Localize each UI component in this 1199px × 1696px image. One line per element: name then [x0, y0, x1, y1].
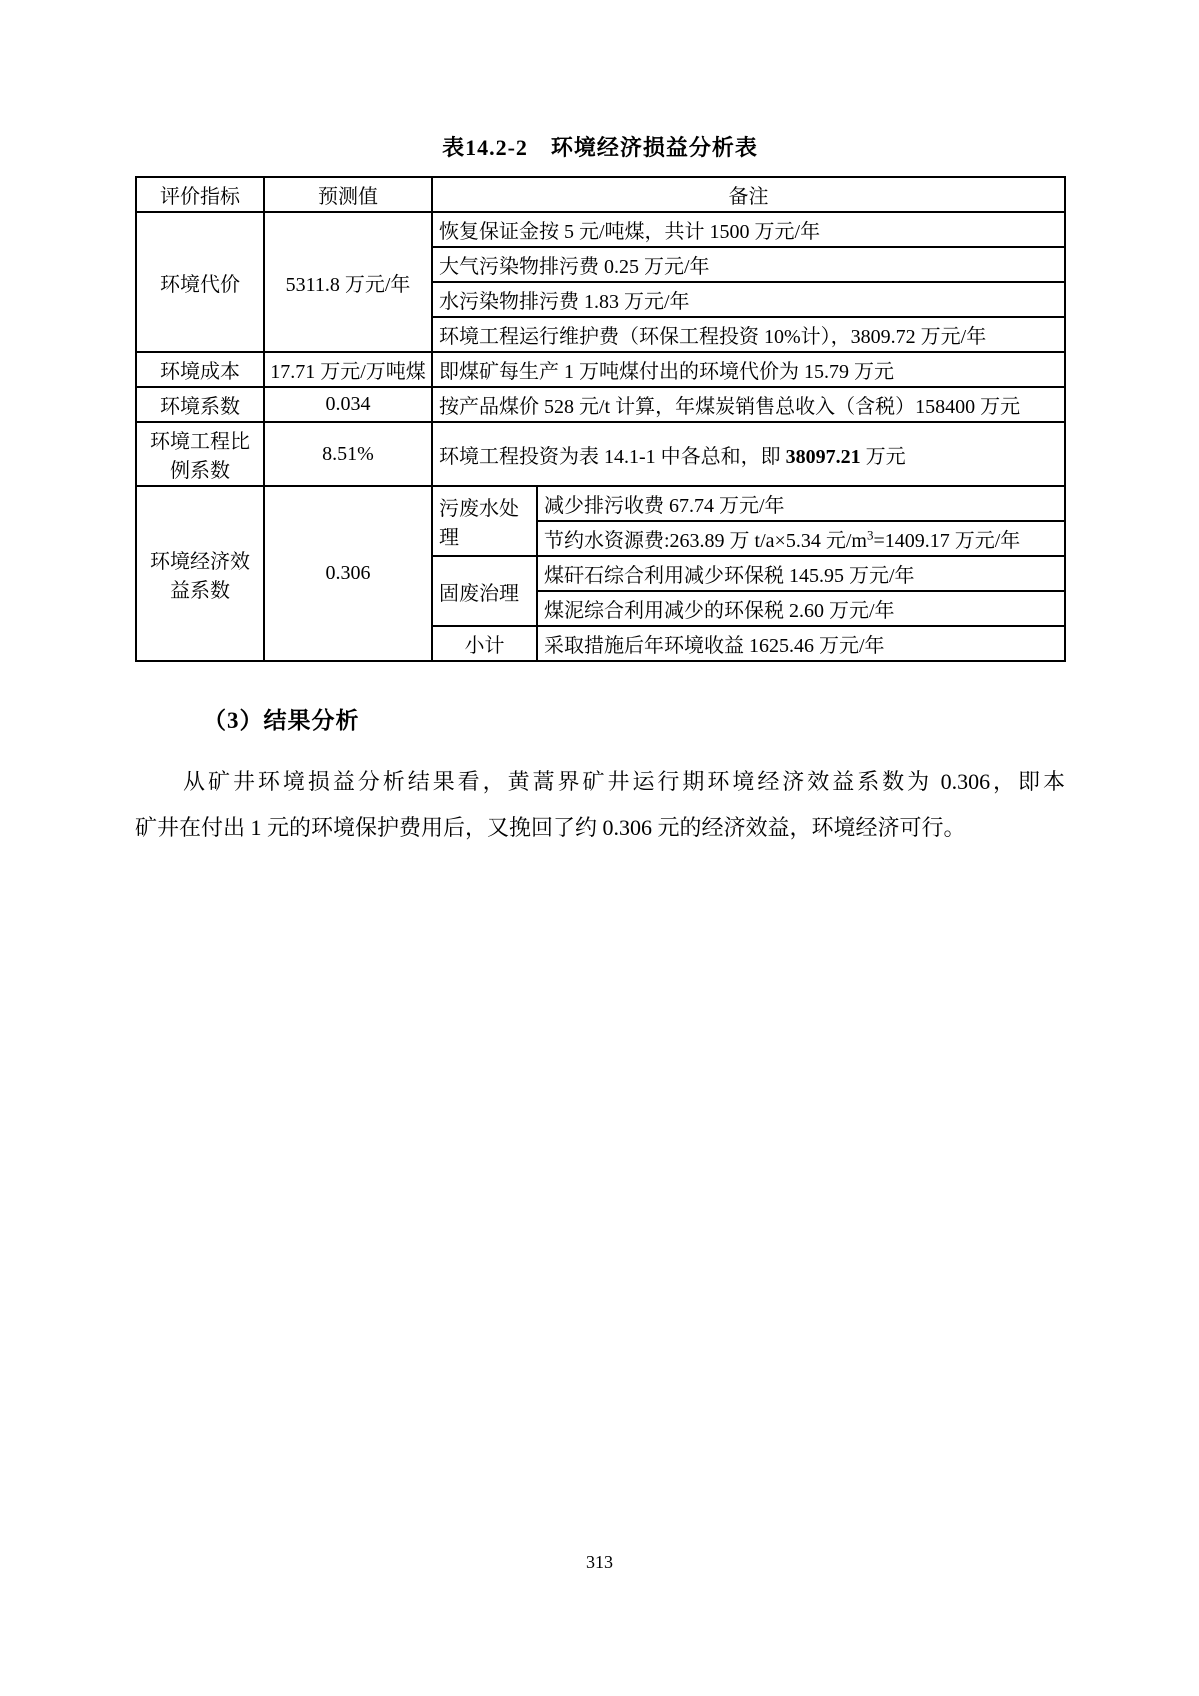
cell-env-project-ratio-indicator: 环境工程比例系数 [136, 422, 264, 486]
cell-env-coefficient-value: 0.034 [264, 387, 432, 422]
remark-text: 环境工程投资为表 14.1-1 中各总和，即 [439, 446, 786, 468]
table-row: 环境系数 0.034 按产品煤价 528 元/t 计算，年煤炭销售总收入（含税）… [136, 387, 1065, 422]
header-predicted-value: 预测值 [264, 177, 432, 212]
cell-solid-waste-remark-1: 煤矸石综合利用减少环保税 145.95 万元/年 [537, 556, 1065, 591]
doc-page: 表14.2-2 环境经济损益分析表 评价指标 预测值 备注 环境代价 5311.… [0, 0, 1199, 1696]
cell-env-coefficient-remark: 按产品煤价 528 元/t 计算，年煤炭销售总收入（含税）158400 万元 [432, 387, 1065, 422]
cell-subtotal-label: 小计 [432, 626, 537, 661]
table-title: 表14.2-2 环境经济损益分析表 [135, 131, 1065, 162]
header-remark: 备注 [432, 177, 1065, 212]
remark-text: =1409.17 万元/年 [873, 530, 1020, 552]
table-row: 环境成本 17.71 万元/万吨煤 即煤矿每生产 1 万吨煤付出的环境代价为 1… [136, 352, 1065, 387]
remark-text: 节约水资源费:263.89 万 t/a×5.34 元/m [544, 530, 867, 552]
cell-wastewater-remark-2: 节约水资源费:263.89 万 t/a×5.34 元/m3=1409.17 万元… [537, 521, 1065, 556]
remark-bold-value: 38097.21 [786, 446, 861, 468]
paragraph-line: 矿井在付出 1 元的环境保护费用后，又挽回了约 0.306 元的经济效益，环境经… [135, 805, 1065, 851]
body-paragraph: 从矿井环境损益分析结果看，黄蒿界矿井运行期环境经济效益系数为 0.306，即本 … [135, 759, 1065, 851]
cell-env-benefit-indicator: 环境经济效益系数 [136, 486, 264, 661]
cell-env-project-ratio-value: 8.51% [264, 422, 432, 486]
cell-env-project-ratio-remark: 环境工程投资为表 14.1-1 中各总和，即 38097.21 万元 [432, 422, 1065, 486]
page-number: 313 [0, 1552, 1199, 1573]
cell-wastewater-remark-1: 减少排污收费 67.74 万元/年 [537, 486, 1065, 521]
table-header-row: 评价指标 预测值 备注 [136, 177, 1065, 212]
cell-env-price-indicator: 环境代价 [136, 212, 264, 352]
cell-env-cost-remark: 即煤矿每生产 1 万吨煤付出的环境代价为 15.79 万元 [432, 352, 1065, 387]
table-row: 环境经济效益系数 0.306 污废水处理 减少排污收费 67.74 万元/年 [136, 486, 1065, 521]
cell-env-benefit-value: 0.306 [264, 486, 432, 661]
cell-env-cost-indicator: 环境成本 [136, 352, 264, 387]
cell-env-price-remark-3: 水污染物排污费 1.83 万元/年 [432, 282, 1065, 317]
cell-env-coefficient-indicator: 环境系数 [136, 387, 264, 422]
cell-wastewater-label: 污废水处理 [432, 486, 537, 556]
cell-solid-waste-remark-2: 煤泥综合利用减少的环保税 2.60 万元/年 [537, 591, 1065, 626]
remark-text: 万元 [861, 446, 906, 468]
table-row: 环境工程比例系数 8.51% 环境工程投资为表 14.1-1 中各总和，即 38… [136, 422, 1065, 486]
page-content: 表14.2-2 环境经济损益分析表 评价指标 预测值 备注 环境代价 5311.… [135, 0, 1065, 851]
cell-env-price-value: 5311.8 万元/年 [264, 212, 432, 352]
cell-env-cost-value: 17.71 万元/万吨煤 [264, 352, 432, 387]
header-indicator: 评价指标 [136, 177, 264, 212]
paragraph-line: 从矿井环境损益分析结果看，黄蒿界矿井运行期环境经济效益系数为 0.306，即本 [135, 759, 1065, 805]
cell-env-price-remark-4: 环境工程运行维护费（环保工程投资 10%计），3809.72 万元/年 [432, 317, 1065, 352]
benefit-analysis-table: 评价指标 预测值 备注 环境代价 5311.8 万元/年 恢复保证金按 5 元/… [135, 176, 1066, 662]
cell-env-price-remark-2: 大气污染物排污费 0.25 万元/年 [432, 247, 1065, 282]
section-heading: （3）结果分析 [203, 702, 1065, 735]
cell-env-price-remark-1: 恢复保证金按 5 元/吨煤，共计 1500 万元/年 [432, 212, 1065, 247]
cell-subtotal-remark: 采取措施后年环境收益 1625.46 万元/年 [537, 626, 1065, 661]
cell-solid-waste-label: 固废治理 [432, 556, 537, 626]
table-row: 环境代价 5311.8 万元/年 恢复保证金按 5 元/吨煤，共计 1500 万… [136, 212, 1065, 247]
